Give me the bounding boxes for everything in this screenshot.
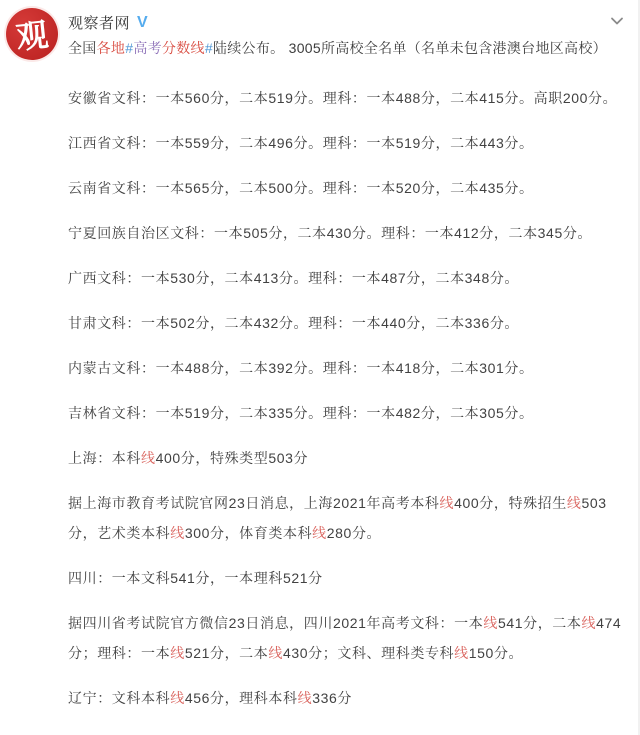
post-intro[interactable]: 全国各地#高考分数线#陆续公布。 3005所高校全名单（名单未包含港澳台地区高校… bbox=[68, 37, 620, 59]
score-line-jilin: 吉林省文科：一本519分，二本335分。理科：一本482分，二本305分。 bbox=[68, 398, 624, 428]
avatar[interactable]: 观 bbox=[3, 5, 60, 62]
score-line-inner-mongolia: 内蒙古文科：一本488分，二本392分。理科：一本418分，二本301分。 bbox=[68, 353, 624, 383]
score-line-jiangxi: 江西省文科：一本559分，二本496分。理科：一本519分，二本443分。 bbox=[68, 128, 624, 158]
score-line-yunnan: 云南省文科：一本565分，二本500分。理科：一本520分，二本435分。 bbox=[68, 173, 624, 203]
user-line: 观察者网 V bbox=[68, 12, 148, 33]
weibo-post-card: 观 观察者网 V 全国各地#高考分数线#陆续公布。 3005所高校全名单（名单未… bbox=[0, 0, 640, 735]
score-detail-sichuan: 据四川省考试院官方微信23日消息，四川2021年高考文科：一本线541分，二本线… bbox=[68, 608, 624, 668]
post-body: 安徽省文科：一本560分，二本519分。理科：一本488分，二本415分。高职2… bbox=[68, 83, 624, 728]
chevron-down-icon[interactable] bbox=[609, 13, 625, 29]
username[interactable]: 观察者网 bbox=[68, 12, 130, 33]
score-line-gansu: 甘肃文科：一本502分，二本432分。理科：一本440分，二本336分。 bbox=[68, 308, 624, 338]
score-line-anhui: 安徽省文科：一本560分，二本519分。理科：一本488分，二本415分。高职2… bbox=[68, 83, 624, 113]
score-line-ningxia: 宁夏回族自治区文科：一本505分，二本430分。理科：一本412分，二本345分… bbox=[68, 218, 624, 248]
score-detail-shanghai: 据上海市教育考试院官网23日消息，上海2021年高考本科线400分，特殊招生线5… bbox=[68, 488, 624, 548]
score-line-guangxi: 广西文科：一本530分，二本413分。理科：一本487分，二本348分。 bbox=[68, 263, 624, 293]
verified-badge-icon: V bbox=[137, 15, 148, 31]
avatar-glyph: 观 bbox=[14, 9, 51, 58]
score-line-sichuan: 四川：一本文科541分，一本理科521分 bbox=[68, 563, 624, 593]
score-line-shanghai: 上海：本科线400分，特殊类型503分 bbox=[68, 443, 624, 473]
score-line-liaoning: 辽宁：文科本科线456分，理科本科线336分 bbox=[68, 683, 624, 713]
